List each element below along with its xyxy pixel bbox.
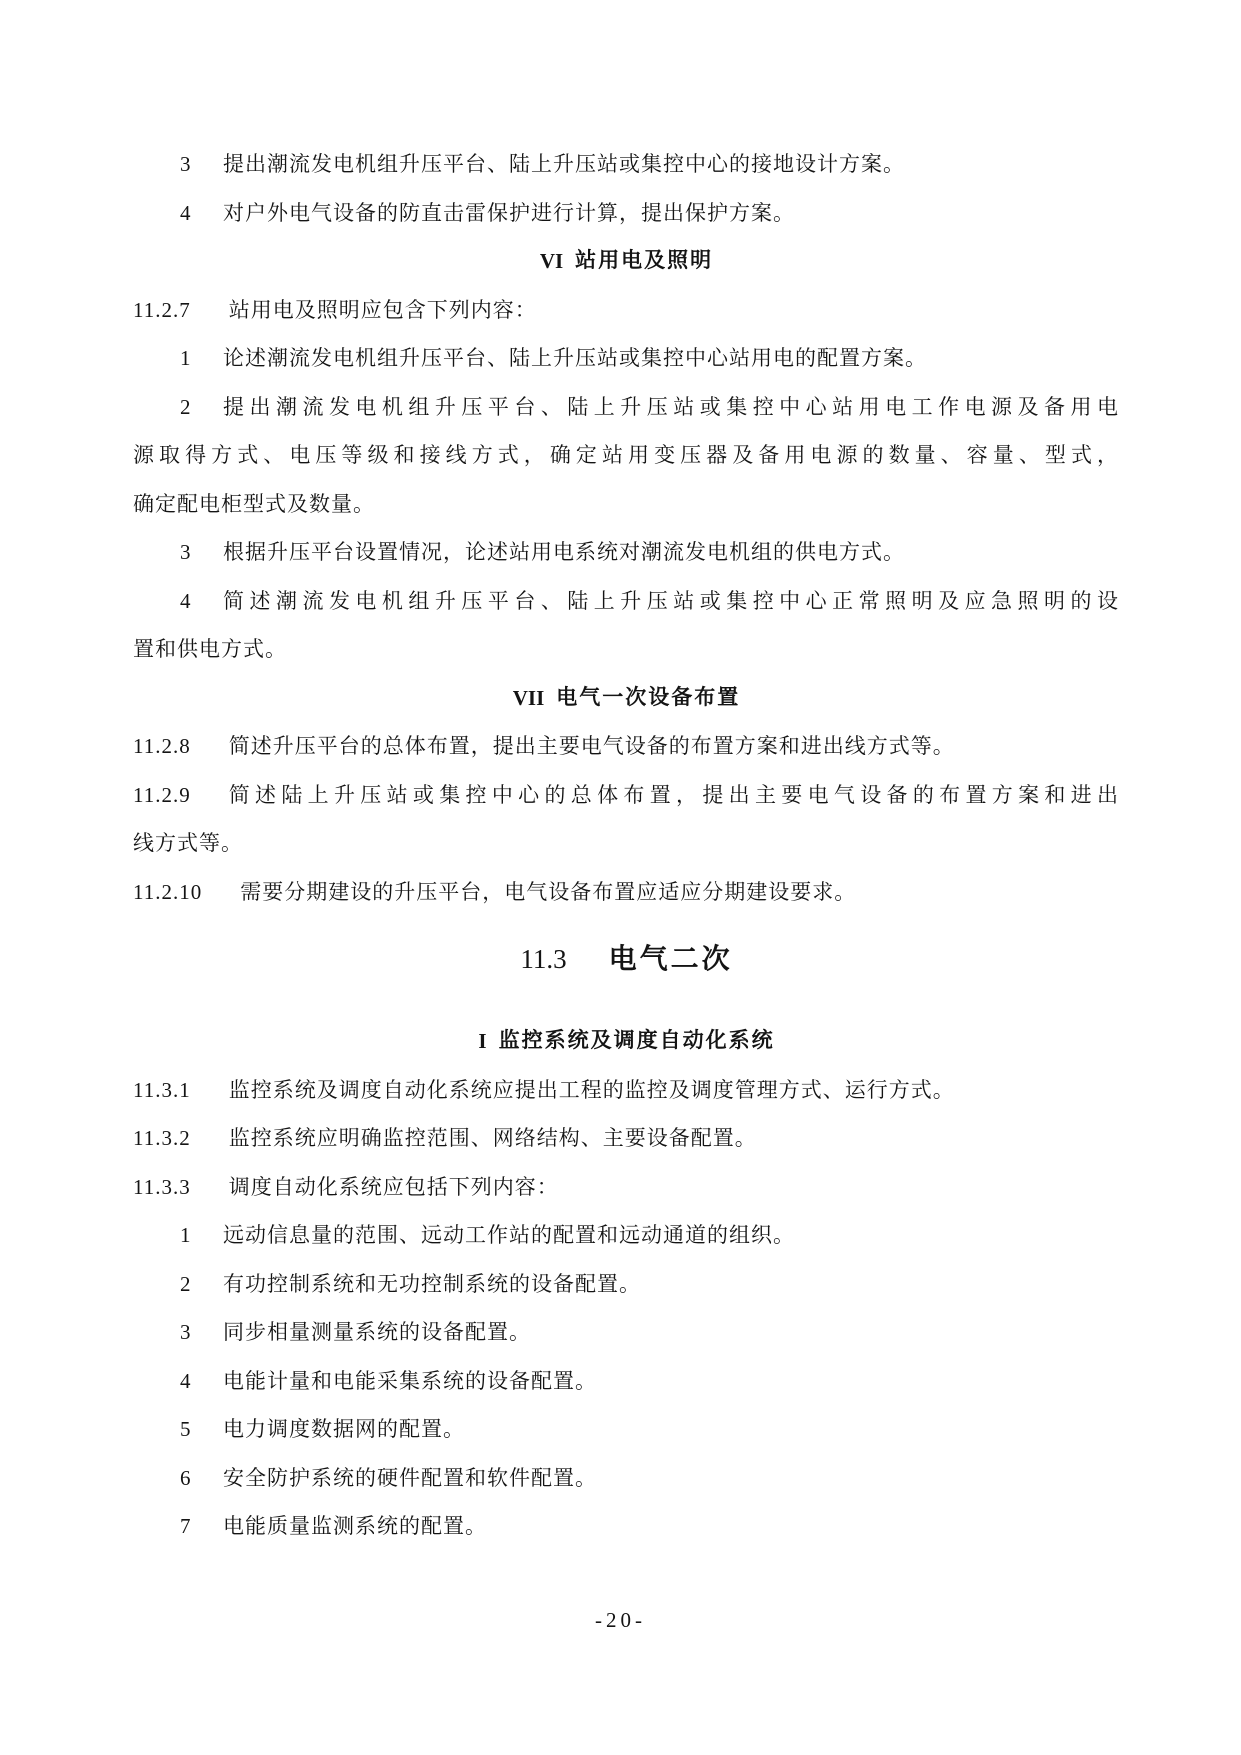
clause-text: 监控系统应明确监控范围、网络结构、主要设备配置。: [229, 1123, 1120, 1153]
clause-number: 11.3.1: [133, 1075, 191, 1105]
group-heading: VII电气一次设备布置: [133, 674, 1120, 723]
list-item-number: 4: [180, 1366, 223, 1396]
section-title: 电气二次: [609, 944, 733, 974]
list-item-number: 2: [180, 1269, 223, 1299]
list-item: 2有功控制系统和无功控制系统的设备配置。: [133, 1260, 1120, 1309]
list-item-number: 2: [180, 392, 223, 422]
clause-text: 简述升压平台的总体布置，提出主要电气设备的布置方案和进出线方式等。: [229, 731, 1120, 761]
clause-number: 11.2.9: [133, 780, 191, 810]
section-heading: 11.3电气二次: [133, 929, 1120, 989]
list-item: 5电力调度数据网的配置。: [133, 1405, 1120, 1454]
group-heading-text: 电气一次设备布置: [556, 683, 740, 713]
list-item: 2提出潮流发电机组升压平台、陆上升压站或集控中心站用电工作电源及备用电: [133, 383, 1120, 432]
paragraph-continuation-text: 确定配电柜型式及数量。: [133, 489, 1120, 519]
list-item-number: 5: [180, 1414, 223, 1444]
clause-paragraph: 11.2.8简述升压平台的总体布置，提出主要电气设备的布置方案和进出线方式等。: [133, 722, 1120, 771]
clause-text: 需要分期建设的升压平台，电气设备布置应适应分期建设要求。: [240, 877, 1120, 907]
group-heading-numeral: I: [478, 1026, 486, 1056]
paragraph-continuation: 置和供电方式。: [133, 625, 1120, 674]
list-item-text: 有功控制系统和无功控制系统的设备配置。: [223, 1269, 1120, 1299]
group-heading: VI站用电及照明: [133, 237, 1120, 286]
clause-paragraph: 11.2.10需要分期建设的升压平台，电气设备布置应适应分期建设要求。: [133, 868, 1120, 917]
list-item-number: 4: [180, 586, 223, 616]
list-item-number: 1: [180, 1220, 223, 1250]
list-item: 4电能计量和电能采集系统的设备配置。: [133, 1357, 1120, 1406]
document-body: 3提出潮流发电机组升压平台、陆上升压站或集控中心的接地设计方案。4对户外电气设备…: [133, 140, 1120, 1551]
clause-paragraph: 11.3.2监控系统应明确监控范围、网络结构、主要设备配置。: [133, 1114, 1120, 1163]
list-item-text: 电能质量监测系统的配置。: [223, 1511, 1120, 1541]
page-number: -20-: [0, 1608, 1241, 1633]
group-heading: I监控系统及调度自动化系统: [133, 1017, 1120, 1066]
clause-text: 调度自动化系统应包括下列内容：: [229, 1172, 1120, 1202]
list-item-text: 对户外电气设备的防直击雷保护进行计算，提出保护方案。: [223, 198, 1120, 228]
list-item-number: 7: [180, 1511, 223, 1541]
clause-paragraph: 11.2.9简述陆上升压站或集控中心的总体布置，提出主要电气设备的布置方案和进出: [133, 771, 1120, 820]
list-item-text: 同步相量测量系统的设备配置。: [223, 1317, 1120, 1347]
list-item: 4对户外电气设备的防直击雷保护进行计算，提出保护方案。: [133, 189, 1120, 238]
list-item-text: 提出潮流发电机组升压平台、陆上升压站或集控中心的接地设计方案。: [223, 149, 1120, 179]
list-item-number: 4: [180, 198, 223, 228]
list-item-text: 安全防护系统的硬件配置和软件配置。: [223, 1463, 1120, 1493]
clause-paragraph: 11.2.7站用电及照明应包含下列内容：: [133, 286, 1120, 335]
list-item: 1远动信息量的范围、远动工作站的配置和远动通道的组织。: [133, 1211, 1120, 1260]
clause-text: 监控系统及调度自动化系统应提出工程的监控及调度管理方式、运行方式。: [229, 1075, 1120, 1105]
list-item-number: 6: [180, 1463, 223, 1493]
section-number: 11.3: [520, 944, 566, 974]
clause-number: 11.3.2: [133, 1123, 191, 1153]
list-item-text: 根据升压平台设置情况，论述站用电系统对潮流发电机组的供电方式。: [223, 537, 1120, 567]
clause-number: 11.3.3: [133, 1172, 191, 1202]
paragraph-continuation: 线方式等。: [133, 819, 1120, 868]
paragraph-continuation-text: 源取得方式、电压等级和接线方式，确定站用变压器及备用电源的数量、容量、型式，: [133, 440, 1120, 470]
list-item: 1论述潮流发电机组升压平台、陆上升压站或集控中心站用电的配置方案。: [133, 334, 1120, 383]
list-item-number: 3: [180, 1317, 223, 1347]
list-item: 3同步相量测量系统的设备配置。: [133, 1308, 1120, 1357]
group-heading-numeral: VII: [513, 683, 545, 713]
paragraph-continuation: 确定配电柜型式及数量。: [133, 480, 1120, 529]
paragraph-continuation: 源取得方式、电压等级和接线方式，确定站用变压器及备用电源的数量、容量、型式，: [133, 431, 1120, 480]
group-heading-text: 监控系统及调度自动化系统: [499, 1026, 775, 1056]
list-item: 6安全防护系统的硬件配置和软件配置。: [133, 1454, 1120, 1503]
clause-number: 11.2.8: [133, 731, 191, 761]
list-item-text: 远动信息量的范围、远动工作站的配置和远动通道的组织。: [223, 1220, 1120, 1250]
list-item-text: 简述潮流发电机组升压平台、陆上升压站或集控中心正常照明及应急照明的设: [223, 586, 1120, 616]
list-item: 3根据升压平台设置情况，论述站用电系统对潮流发电机组的供电方式。: [133, 528, 1120, 577]
clause-text: 站用电及照明应包含下列内容：: [229, 295, 1120, 325]
list-item-number: 1: [180, 343, 223, 373]
clause-number: 11.2.10: [133, 877, 202, 907]
clause-paragraph: 11.3.3调度自动化系统应包括下列内容：: [133, 1163, 1120, 1212]
list-item-text: 电力调度数据网的配置。: [223, 1414, 1120, 1444]
group-heading-numeral: VI: [540, 246, 563, 276]
list-item: 4简述潮流发电机组升压平台、陆上升压站或集控中心正常照明及应急照明的设: [133, 577, 1120, 626]
document-page: 3提出潮流发电机组升压平台、陆上升压站或集控中心的接地设计方案。4对户外电气设备…: [0, 0, 1241, 1755]
paragraph-continuation-text: 置和供电方式。: [133, 634, 1120, 664]
clause-paragraph: 11.3.1监控系统及调度自动化系统应提出工程的监控及调度管理方式、运行方式。: [133, 1066, 1120, 1115]
list-item-text: 论述潮流发电机组升压平台、陆上升压站或集控中心站用电的配置方案。: [223, 343, 1120, 373]
group-heading-text: 站用电及照明: [575, 246, 713, 276]
list-item: 3提出潮流发电机组升压平台、陆上升压站或集控中心的接地设计方案。: [133, 140, 1120, 189]
clause-number: 11.2.7: [133, 295, 191, 325]
list-item-text: 电能计量和电能采集系统的设备配置。: [223, 1366, 1120, 1396]
list-item-text: 提出潮流发电机组升压平台、陆上升压站或集控中心站用电工作电源及备用电: [223, 392, 1120, 422]
list-item-number: 3: [180, 537, 223, 567]
clause-text: 简述陆上升压站或集控中心的总体布置，提出主要电气设备的布置方案和进出: [229, 780, 1120, 810]
list-item-number: 3: [180, 149, 223, 179]
paragraph-continuation-text: 线方式等。: [133, 828, 1120, 858]
list-item: 7电能质量监测系统的配置。: [133, 1502, 1120, 1551]
